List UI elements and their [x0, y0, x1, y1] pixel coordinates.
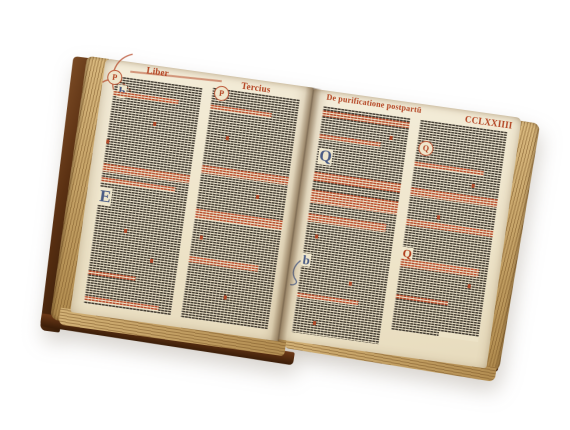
rubric-lines	[188, 256, 259, 272]
rubric-lines	[201, 165, 289, 185]
rubric-lines	[84, 296, 159, 311]
paragraph-mark	[256, 195, 260, 199]
rubric-lines	[310, 189, 399, 214]
lombard-initial-ring: Q	[417, 140, 434, 157]
rubric-lines	[296, 292, 358, 306]
running-title-liber: Liber	[146, 65, 170, 78]
paragraph-mark	[313, 321, 317, 325]
text-column: Q Q	[391, 120, 508, 342]
lombard-initial-blue: Q	[317, 148, 334, 166]
left-page: Liber Tercius P h E P	[70, 59, 314, 342]
paragraph-mark	[315, 234, 319, 238]
lombard-initial-ring: P	[213, 85, 230, 102]
right-page: De purificatione postpartū CCLXXIIII Q b…	[278, 89, 521, 369]
rubric-lines	[406, 219, 494, 237]
rubric-lines	[194, 208, 283, 230]
rubric-lines	[210, 105, 272, 119]
paragraph-mark	[349, 282, 353, 286]
lombard-initial-blue: b	[301, 253, 312, 267]
text-column: P	[181, 88, 300, 330]
paragraph-mark	[200, 235, 204, 239]
paragraph-mark	[153, 122, 157, 126]
paragraph-mark	[471, 184, 475, 188]
paragraph-mark	[437, 215, 441, 219]
rubric-lines	[400, 259, 480, 278]
rubric-lines	[414, 161, 484, 176]
rubric-lines	[307, 213, 387, 232]
rubric-lines	[88, 270, 136, 281]
paragraph-mark	[106, 139, 110, 143]
rubric-lines	[322, 110, 410, 128]
paragraph-mark	[389, 136, 393, 140]
paragraph-mark	[226, 136, 230, 140]
text-column: Q b	[292, 106, 411, 344]
paragraph-mark	[223, 295, 227, 299]
paragraph-mark	[124, 229, 128, 233]
rubric-lines	[313, 172, 401, 193]
paragraph-mark	[467, 284, 471, 288]
rubric-lines	[410, 187, 498, 207]
rubric-lines	[395, 294, 448, 305]
rubric-lines	[319, 134, 381, 148]
lombard-initial-blue: E	[98, 187, 114, 206]
text-end-gap	[439, 332, 479, 342]
paragraph-mark	[150, 259, 154, 263]
